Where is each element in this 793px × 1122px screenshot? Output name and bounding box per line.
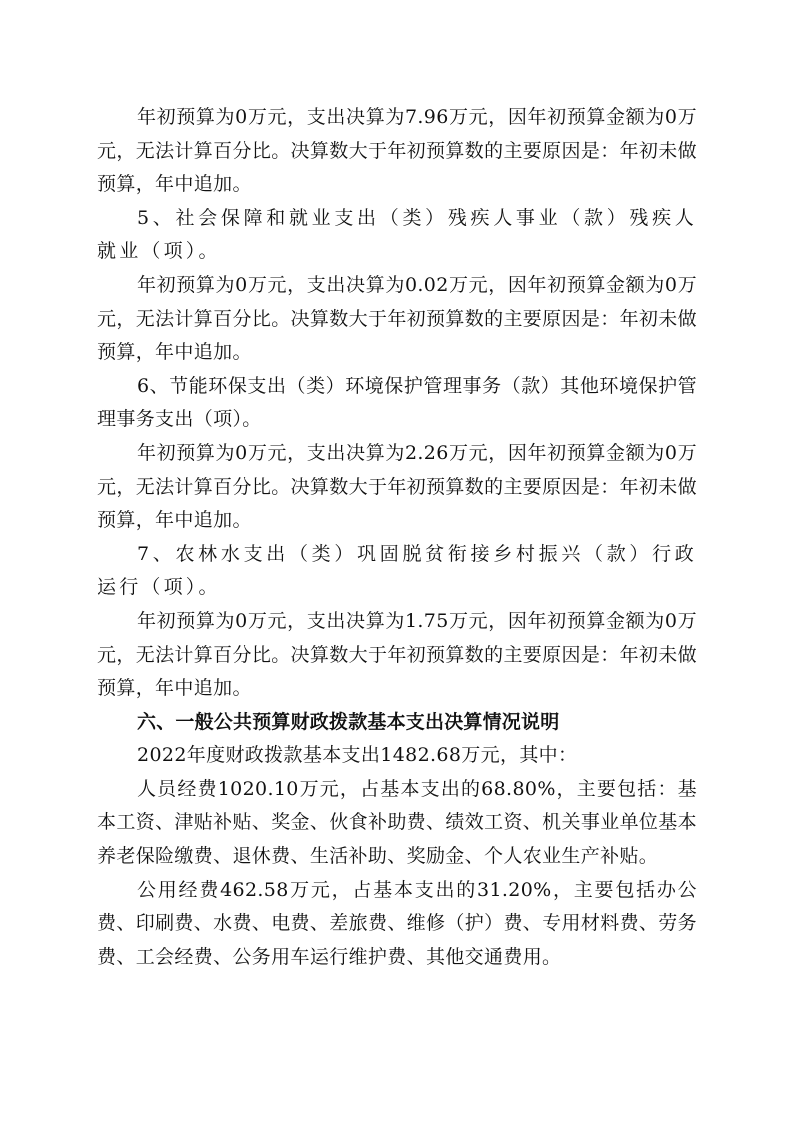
basic-expenditure-summary: 2022年度财政拨款基本支出1482.68万元，其中： [97,739,697,773]
public-expenditure-paragraph: 公用经费462.58万元，占基本支出的31.20%，主要包括办公费、印刷费、水费… [97,874,697,975]
item6-detail-paragraph: 年初预算为0万元，支出决算为2.26万元，因年初预算金额为0万元，无法计算百分比… [97,437,697,538]
item7-detail-paragraph: 年初预算为0万元，支出决算为1.75万元，因年初预算金额为0万元，无法计算百分比… [97,605,697,706]
item5-detail-paragraph: 年初预算为0万元，支出决算为0.02万元，因年初预算金额为0万元，无法计算百分比… [97,269,697,370]
item7-title: 7、农林水支出（类）巩固脱贫衔接乡村振兴（款）行政运行（项）。 [97,538,697,605]
document-body: 年初预算为0万元，支出决算为7.96万元，因年初预算金额为0万元，无法计算百分比… [97,101,697,974]
item6-title: 6、节能环保支出（类）环境保护管理事务（款）其他环境保护管理事务支出（项）。 [97,370,697,437]
document-page: 年初预算为0万元，支出决算为7.96万元，因年初预算金额为0万元，无法计算百分比… [0,0,793,1122]
item4-detail-paragraph: 年初预算为0万元，支出决算为7.96万元，因年初预算金额为0万元，无法计算百分比… [97,101,697,202]
personnel-expenditure-paragraph: 人员经费1020.10万元，占基本支出的68.80%，主要包括：基本工资、津贴补… [97,773,697,874]
item5-title: 5、社会保障和就业支出（类）残疾人事业（款）残疾人就业（项）。 [97,202,697,269]
section6-heading: 六、一般公共预算财政拨款基本支出决算情况说明 [97,706,697,740]
